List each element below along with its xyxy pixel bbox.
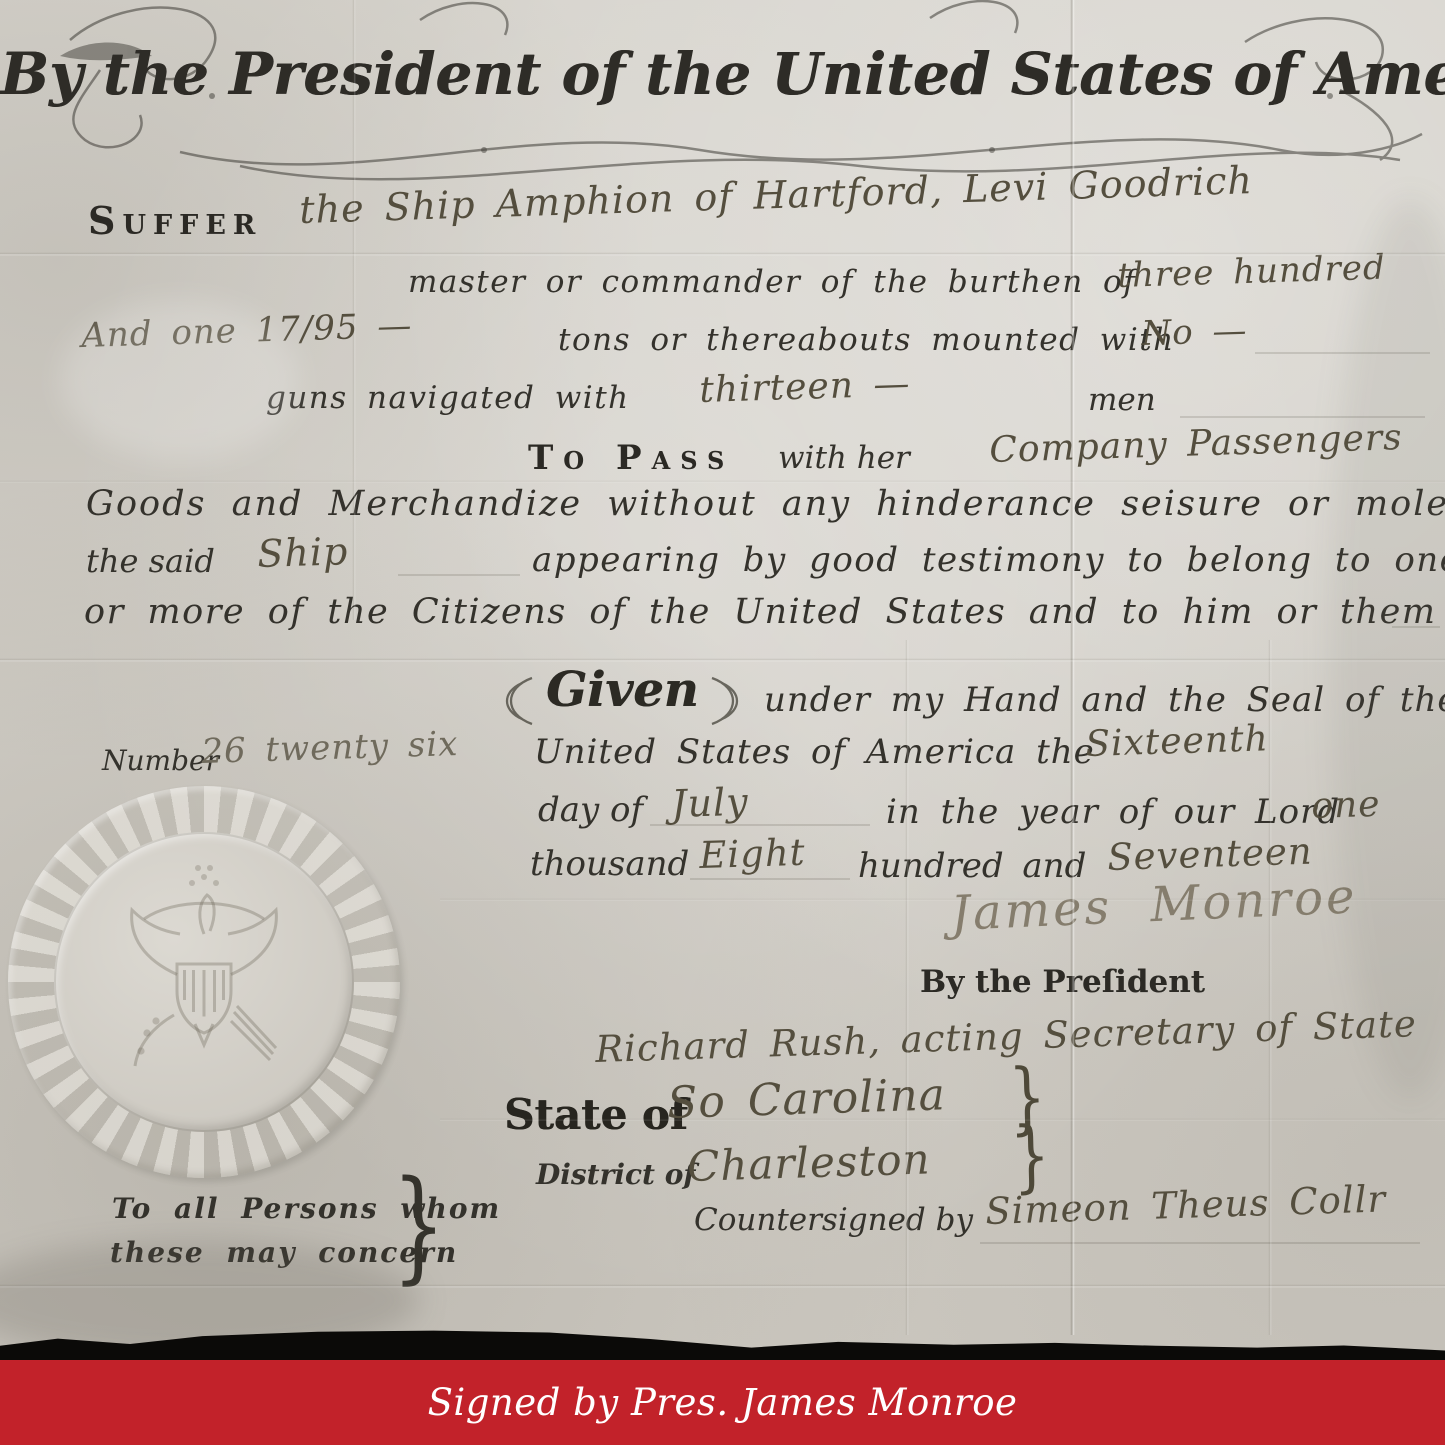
paper-stain — [1330, 200, 1445, 1100]
crew-count-entry: thirteen — — [699, 363, 911, 411]
blank-rule — [398, 574, 520, 576]
horizontal-fold — [0, 252, 1445, 256]
horizontal-fold — [0, 658, 1445, 662]
given-swirl-left-icon — [486, 672, 540, 730]
vertical-crease — [1268, 640, 1272, 1335]
caption-text: Signed by Pres. James Monroe — [428, 1381, 1018, 1424]
day-of-printed-text: day of — [538, 790, 643, 830]
secretary-signature: Richard Rush, acting Secretary of State — [595, 1002, 1418, 1071]
guns-count-entry: No — — [1141, 311, 1248, 354]
with-her-printed-text: with her — [778, 440, 910, 476]
state-of-label: State of — [504, 1090, 688, 1139]
master-printed-text: master or commander of the burthen of — [408, 264, 1136, 300]
day-ordinal-entry: Sixteenth — [1085, 718, 1270, 765]
by-the-president-label: By the Preſident — [920, 964, 1205, 1000]
century-entry: Eight — [699, 831, 807, 877]
vertical-fold — [1070, 0, 1075, 1335]
page-title: By the President of the United States of… — [0, 40, 1445, 108]
document-page: By the President of the United States of… — [0, 0, 1445, 1445]
appearing-printed-text: appearing by good testimony to belong to… — [532, 540, 1445, 580]
countersigned-printed-text: Countersigned by — [694, 1202, 973, 1238]
citizens-printed-text: or more of the Citizens of the United St… — [84, 592, 1445, 632]
united-states-printed-text: United States of America the — [534, 732, 1095, 772]
to-pass-label: To Pass — [528, 438, 734, 478]
tons-printed-text: tons or thereabouts mounted with — [558, 322, 1175, 358]
horizontal-crease — [0, 480, 1445, 483]
guns-printed-text: guns navigated with — [266, 380, 630, 416]
passport-number-entry: 26 twenty six — [201, 724, 459, 772]
hundred-and-printed-text: hundred and — [858, 846, 1086, 886]
district-entry: Charleston — [686, 1134, 931, 1191]
vertical-crease — [352, 0, 356, 620]
the-said-printed-text: the said — [86, 542, 215, 580]
goods-printed-text: Goods and Merchandize without any hinder… — [86, 484, 1445, 524]
blank-rule — [690, 878, 850, 880]
paper-stain — [60, 300, 300, 460]
district-of-label: District of — [536, 1158, 695, 1191]
men-printed-text: men — [1088, 382, 1156, 418]
horizontal-crease — [440, 898, 1445, 901]
great-seal-eagle-icon — [54, 832, 354, 1132]
blank-rule — [650, 824, 870, 826]
given-ornament: Given — [546, 662, 699, 718]
suffer-label: Suffer — [88, 198, 262, 243]
given-swirl-right-icon — [704, 672, 758, 730]
blank-rule — [980, 1242, 1420, 1244]
thousand-printed-text: thousand — [530, 844, 689, 884]
horizontal-crease — [440, 1118, 1445, 1121]
vessel-type-entry: Ship — [257, 529, 349, 576]
vertical-crease — [905, 640, 909, 1335]
embossed-seal-disc — [54, 832, 354, 1132]
month-entry: July — [671, 780, 750, 826]
caption-banner: Signed by Pres. James Monroe — [0, 1360, 1445, 1445]
